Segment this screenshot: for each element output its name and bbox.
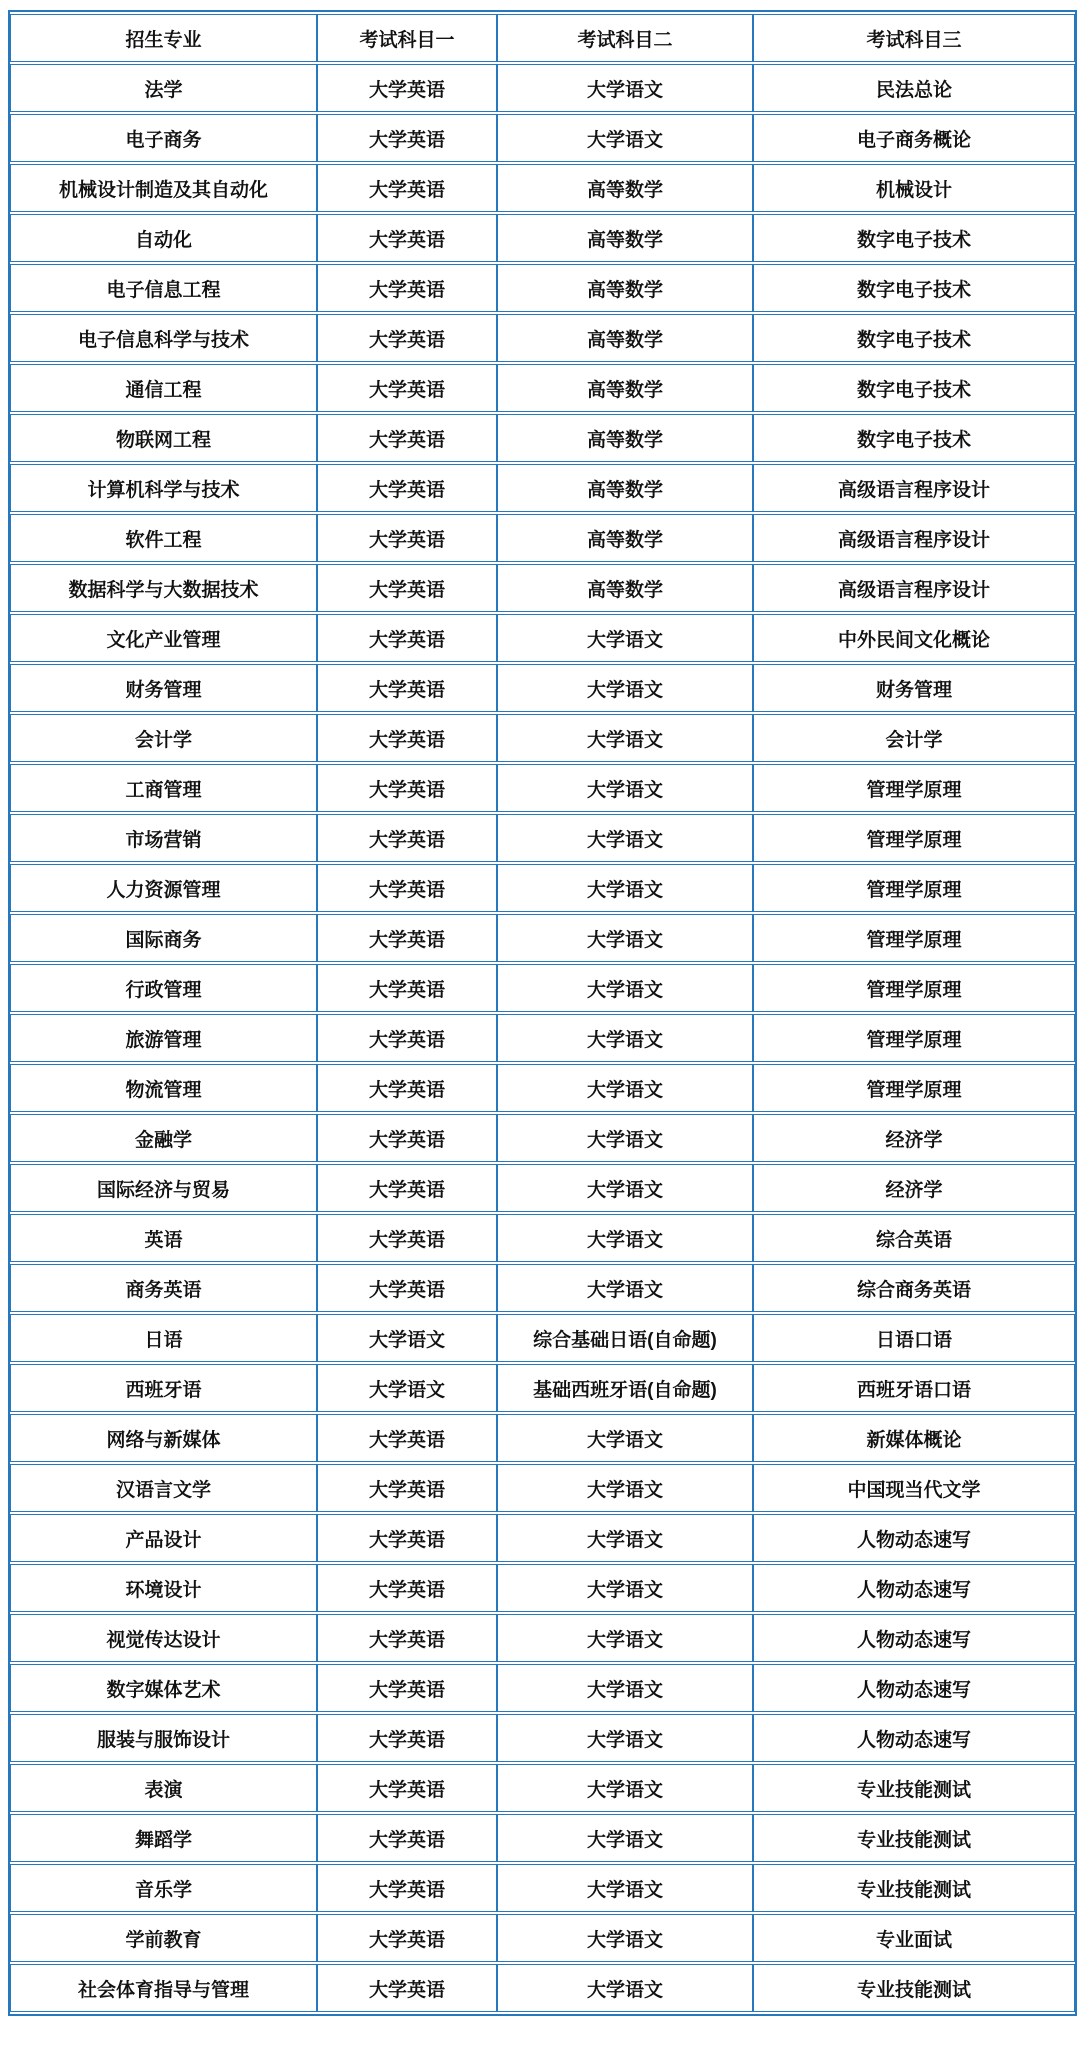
subject1-cell: 大学语文 [317,1314,497,1362]
subject1-cell: 大学英语 [317,214,497,262]
subject1-cell: 大学英语 [317,1564,497,1612]
subject2-cell: 大学语文 [497,914,753,962]
subject1-cell: 大学英语 [317,1014,497,1062]
subject3-cell: 数字电子技术 [753,264,1075,312]
subject1-cell: 大学英语 [317,1414,497,1462]
table-row: 网络与新媒体大学英语大学语文新媒体概论 [10,1414,1075,1462]
subject1-cell: 大学英语 [317,614,497,662]
major-cell: 学前教育 [10,1914,317,1962]
subject3-cell: 管理学原理 [753,814,1075,862]
subject2-cell: 大学语文 [497,814,753,862]
major-cell: 财务管理 [10,664,317,712]
major-cell: 物联网工程 [10,414,317,462]
subject1-cell: 大学英语 [317,1614,497,1662]
table-row: 通信工程大学英语高等数学数字电子技术 [10,364,1075,412]
subject3-cell: 财务管理 [753,664,1075,712]
table-row: 电子商务大学英语大学语文电子商务概论 [10,114,1075,162]
subject1-cell: 大学英语 [317,64,497,112]
major-cell: 通信工程 [10,364,317,412]
major-cell: 市场营销 [10,814,317,862]
major-cell: 数据科学与大数据技术 [10,564,317,612]
major-cell: 视觉传达设计 [10,1614,317,1662]
subject1-cell: 大学英语 [317,564,497,612]
subject2-cell: 大学语文 [497,1514,753,1562]
subject3-cell: 机械设计 [753,164,1075,212]
table-row: 招生专业 考试科目一 考试科目二 考试科目三 [10,14,1075,62]
major-cell: 计算机科学与技术 [10,464,317,512]
subject3-cell: 人物动态速写 [753,1664,1075,1712]
subject1-cell: 大学英语 [317,664,497,712]
major-cell: 人力资源管理 [10,864,317,912]
subject2-cell: 大学语文 [497,1814,753,1862]
table-row: 学前教育大学英语大学语文专业面试 [10,1914,1075,1962]
table-row: 法学大学英语大学语文民法总论 [10,64,1075,112]
subject1-cell: 大学英语 [317,1964,497,2012]
subject2-cell: 大学语文 [497,1914,753,1962]
subject2-cell: 大学语文 [497,764,753,812]
subject3-cell: 管理学原理 [753,914,1075,962]
major-cell: 金融学 [10,1114,317,1162]
subject3-cell: 管理学原理 [753,764,1075,812]
subject3-cell: 经济学 [753,1114,1075,1162]
table-row: 产品设计大学英语大学语文人物动态速写 [10,1514,1075,1562]
major-cell: 机械设计制造及其自动化 [10,164,317,212]
subject1-cell: 大学英语 [317,714,497,762]
subject1-cell: 大学英语 [317,1714,497,1762]
subject2-cell: 大学语文 [497,1064,753,1112]
major-cell: 西班牙语 [10,1364,317,1412]
subject2-cell: 大学语文 [497,1164,753,1212]
major-cell: 英语 [10,1214,317,1262]
subject2-cell: 大学语文 [497,1114,753,1162]
subject2-cell: 大学语文 [497,1764,753,1812]
table-row: 国际经济与贸易大学英语大学语文经济学 [10,1164,1075,1212]
subject3-cell: 高级语言程序设计 [753,564,1075,612]
table-row: 会计学大学英语大学语文会计学 [10,714,1075,762]
subject2-cell: 大学语文 [497,1964,753,2012]
subject2-cell: 大学语文 [497,1464,753,1512]
major-cell: 环境设计 [10,1564,317,1612]
subject1-cell: 大学英语 [317,814,497,862]
subject1-cell: 大学英语 [317,1264,497,1312]
subject1-cell: 大学英语 [317,1164,497,1212]
subject3-cell: 高级语言程序设计 [753,464,1075,512]
subject2-cell: 大学语文 [497,664,753,712]
subject1-cell: 大学英语 [317,1864,497,1912]
subject2-cell: 大学语文 [497,714,753,762]
table-row: 物流管理大学英语大学语文管理学原理 [10,1064,1075,1112]
major-cell: 电子商务 [10,114,317,162]
subject3-cell: 人物动态速写 [753,1714,1075,1762]
table-row: 物联网工程大学英语高等数学数字电子技术 [10,414,1075,462]
column-header-subject1: 考试科目一 [317,14,497,62]
subject1-cell: 大学英语 [317,1764,497,1812]
table-body: 法学大学英语大学语文民法总论电子商务大学英语大学语文电子商务概论机械设计制造及其… [10,64,1075,2012]
subject2-cell: 大学语文 [497,1564,753,1612]
subject2-cell: 大学语文 [497,1214,753,1262]
subject2-cell: 综合基础日语(自命题) [497,1314,753,1362]
major-cell: 数字媒体艺术 [10,1664,317,1712]
subject1-cell: 大学英语 [317,1514,497,1562]
major-cell: 服装与服饰设计 [10,1714,317,1762]
table-row: 数据科学与大数据技术大学英语高等数学高级语言程序设计 [10,564,1075,612]
subject3-cell: 综合商务英语 [753,1264,1075,1312]
major-cell: 产品设计 [10,1514,317,1562]
table-row: 计算机科学与技术大学英语高等数学高级语言程序设计 [10,464,1075,512]
subject3-cell: 专业技能测试 [753,1964,1075,2012]
major-cell: 行政管理 [10,964,317,1012]
subject1-cell: 大学英语 [317,1214,497,1262]
subject1-cell: 大学英语 [317,414,497,462]
subject1-cell: 大学英语 [317,1814,497,1862]
major-cell: 舞蹈学 [10,1814,317,1862]
subject3-cell: 会计学 [753,714,1075,762]
subject1-cell: 大学英语 [317,114,497,162]
major-cell: 软件工程 [10,514,317,562]
major-cell: 音乐学 [10,1864,317,1912]
table-row: 表演大学英语大学语文专业技能测试 [10,1764,1075,1812]
major-cell: 物流管理 [10,1064,317,1112]
table-row: 舞蹈学大学英语大学语文专业技能测试 [10,1814,1075,1862]
subject1-cell: 大学英语 [317,964,497,1012]
table-row: 环境设计大学英语大学语文人物动态速写 [10,1564,1075,1612]
subject2-cell: 高等数学 [497,164,753,212]
subject2-cell: 高等数学 [497,564,753,612]
subject3-cell: 管理学原理 [753,1014,1075,1062]
subject3-cell: 电子商务概论 [753,114,1075,162]
subject1-cell: 大学语文 [317,1364,497,1412]
major-cell: 电子信息科学与技术 [10,314,317,362]
subject1-cell: 大学英语 [317,764,497,812]
major-cell: 工商管理 [10,764,317,812]
table-row: 英语大学英语大学语文综合英语 [10,1214,1075,1262]
subject3-cell: 管理学原理 [753,964,1075,1012]
subject1-cell: 大学英语 [317,1464,497,1512]
table-row: 自动化大学英语高等数学数字电子技术 [10,214,1075,262]
subject2-cell: 基础西班牙语(自命题) [497,1364,753,1412]
table-row: 电子信息工程大学英语高等数学数字电子技术 [10,264,1075,312]
major-cell: 文化产业管理 [10,614,317,662]
table-row: 软件工程大学英语高等数学高级语言程序设计 [10,514,1075,562]
subject3-cell: 人物动态速写 [753,1614,1075,1662]
table-header-row: 招生专业 考试科目一 考试科目二 考试科目三 [10,14,1075,62]
subject2-cell: 高等数学 [497,364,753,412]
major-cell: 社会体育指导与管理 [10,1964,317,2012]
subject2-cell: 高等数学 [497,314,753,362]
table-row: 社会体育指导与管理大学英语大学语文专业技能测试 [10,1964,1075,2012]
major-cell: 旅游管理 [10,1014,317,1062]
subject2-cell: 大学语文 [497,64,753,112]
subject3-cell: 管理学原理 [753,864,1075,912]
subject3-cell: 经济学 [753,1164,1075,1212]
subject3-cell: 民法总论 [753,64,1075,112]
exam-subjects-table: 招生专业 考试科目一 考试科目二 考试科目三 法学大学英语大学语文民法总论电子商… [8,10,1077,2016]
subject2-cell: 大学语文 [497,1264,753,1312]
subject3-cell: 中外民间文化概论 [753,614,1075,662]
subject1-cell: 大学英语 [317,914,497,962]
subject1-cell: 大学英语 [317,1064,497,1112]
major-cell: 日语 [10,1314,317,1362]
subject3-cell: 数字电子技术 [753,364,1075,412]
major-cell: 商务英语 [10,1264,317,1312]
table-row: 汉语言文学大学英语大学语文中国现当代文学 [10,1464,1075,1512]
subject3-cell: 综合英语 [753,1214,1075,1262]
major-cell: 表演 [10,1764,317,1812]
table-row: 电子信息科学与技术大学英语高等数学数字电子技术 [10,314,1075,362]
subject2-cell: 高等数学 [497,414,753,462]
subject1-cell: 大学英语 [317,514,497,562]
subject1-cell: 大学英语 [317,1914,497,1962]
subject2-cell: 高等数学 [497,514,753,562]
subject3-cell: 西班牙语口语 [753,1364,1075,1412]
major-cell: 网络与新媒体 [10,1414,317,1462]
subject2-cell: 大学语文 [497,1014,753,1062]
subject1-cell: 大学英语 [317,314,497,362]
table-row: 视觉传达设计大学英语大学语文人物动态速写 [10,1614,1075,1662]
subject2-cell: 高等数学 [497,464,753,512]
major-cell: 会计学 [10,714,317,762]
major-cell: 汉语言文学 [10,1464,317,1512]
table-row: 音乐学大学英语大学语文专业技能测试 [10,1864,1075,1912]
subject3-cell: 日语口语 [753,1314,1075,1362]
subject2-cell: 高等数学 [497,264,753,312]
subject3-cell: 专业技能测试 [753,1864,1075,1912]
subject1-cell: 大学英语 [317,1114,497,1162]
column-header-major: 招生专业 [10,14,317,62]
major-cell: 自动化 [10,214,317,262]
subject2-cell: 大学语文 [497,1864,753,1912]
table-row: 行政管理大学英语大学语文管理学原理 [10,964,1075,1012]
table-row: 财务管理大学英语大学语文财务管理 [10,664,1075,712]
table-row: 机械设计制造及其自动化大学英语高等数学机械设计 [10,164,1075,212]
table-row: 数字媒体艺术大学英语大学语文人物动态速写 [10,1664,1075,1712]
table-row: 市场营销大学英语大学语文管理学原理 [10,814,1075,862]
table-row: 日语大学语文综合基础日语(自命题)日语口语 [10,1314,1075,1362]
subject2-cell: 大学语文 [497,864,753,912]
table-row: 服装与服饰设计大学英语大学语文人物动态速写 [10,1714,1075,1762]
major-cell: 法学 [10,64,317,112]
table-row: 西班牙语大学语文基础西班牙语(自命题)西班牙语口语 [10,1364,1075,1412]
table-row: 国际商务大学英语大学语文管理学原理 [10,914,1075,962]
subject3-cell: 中国现当代文学 [753,1464,1075,1512]
subject1-cell: 大学英语 [317,1664,497,1712]
subject3-cell: 新媒体概论 [753,1414,1075,1462]
subject2-cell: 大学语文 [497,1614,753,1662]
major-cell: 电子信息工程 [10,264,317,312]
subject3-cell: 数字电子技术 [753,414,1075,462]
table-row: 工商管理大学英语大学语文管理学原理 [10,764,1075,812]
subject1-cell: 大学英语 [317,464,497,512]
subject3-cell: 数字电子技术 [753,314,1075,362]
subject3-cell: 高级语言程序设计 [753,514,1075,562]
subject3-cell: 专业面试 [753,1914,1075,1962]
subject2-cell: 高等数学 [497,214,753,262]
table-row: 商务英语大学英语大学语文综合商务英语 [10,1264,1075,1312]
subject3-cell: 数字电子技术 [753,214,1075,262]
subject3-cell: 专业技能测试 [753,1764,1075,1812]
subject1-cell: 大学英语 [317,364,497,412]
major-cell: 国际经济与贸易 [10,1164,317,1212]
subject3-cell: 人物动态速写 [753,1514,1075,1562]
subject2-cell: 大学语文 [497,1414,753,1462]
subject1-cell: 大学英语 [317,864,497,912]
subject3-cell: 人物动态速写 [753,1564,1075,1612]
column-header-subject2: 考试科目二 [497,14,753,62]
table-row: 旅游管理大学英语大学语文管理学原理 [10,1014,1075,1062]
column-header-subject3: 考试科目三 [753,14,1075,62]
subject3-cell: 专业技能测试 [753,1814,1075,1862]
subject2-cell: 大学语文 [497,114,753,162]
document-page: 招生专业 考试科目一 考试科目二 考试科目三 法学大学英语大学语文民法总论电子商… [0,0,1080,2053]
subject2-cell: 大学语文 [497,614,753,662]
subject2-cell: 大学语文 [497,1664,753,1712]
subject2-cell: 大学语文 [497,1714,753,1762]
table-row: 文化产业管理大学英语大学语文中外民间文化概论 [10,614,1075,662]
table-row: 金融学大学英语大学语文经济学 [10,1114,1075,1162]
subject2-cell: 大学语文 [497,964,753,1012]
major-cell: 国际商务 [10,914,317,962]
subject3-cell: 管理学原理 [753,1064,1075,1112]
subject1-cell: 大学英语 [317,264,497,312]
subject1-cell: 大学英语 [317,164,497,212]
table-row: 人力资源管理大学英语大学语文管理学原理 [10,864,1075,912]
